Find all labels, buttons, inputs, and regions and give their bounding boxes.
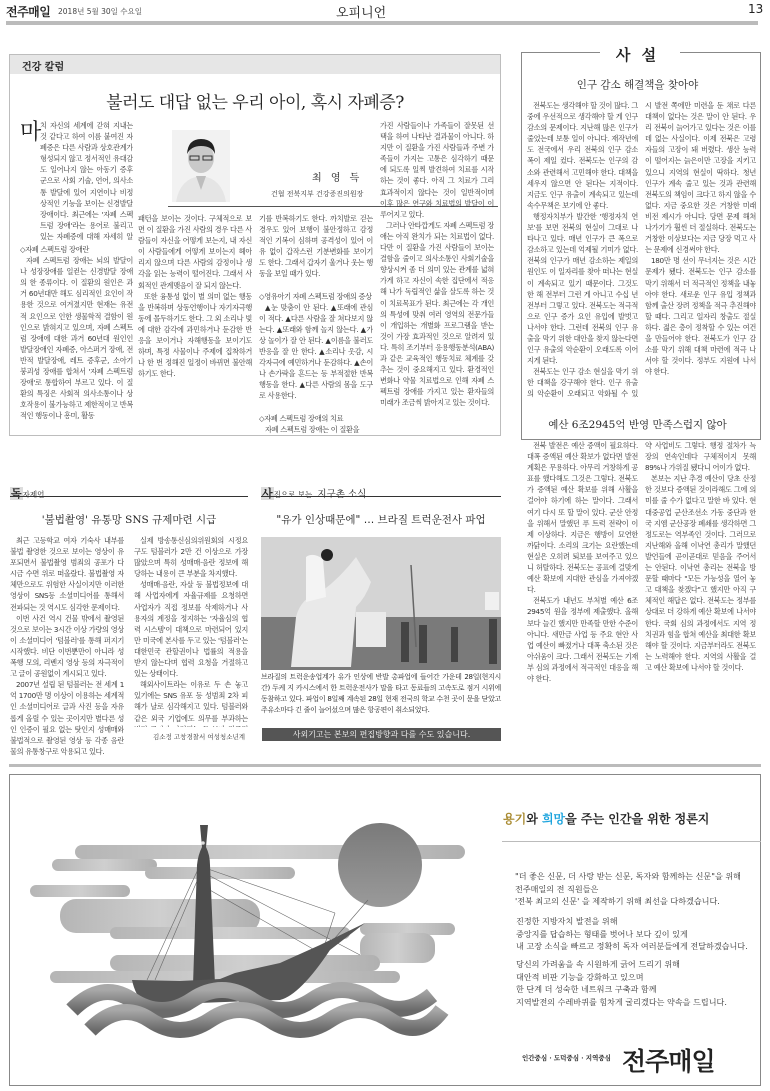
editorial-title-1: 인구 감소 해결책을 찾아야	[505, 77, 770, 92]
health-col1-intro: 치 자신의 세계에 갇혀 지내는 것 같다고 하여 이름 붙여진 자폐증은 다른…	[20, 120, 133, 240]
section-label-2: 지구촌 소식	[317, 489, 366, 500]
paragraph: 해외사이트라는 이유로 두 손 놓고 있기에는 SNS 유포 등 성범죄 2차 …	[134, 679, 248, 727]
ad-line: 중앙지를 답습하는 형태를 벗어나 보다 깊이 있게	[516, 928, 766, 941]
reader-column-header: 독자제언	[10, 482, 44, 501]
paragraph: 약 사업비도 그렇다. 행정 절차가 늑장의 연속인데다 구체적이지 못해 89…	[645, 440, 756, 473]
ship-illustration	[30, 805, 470, 1070]
ad-motto: 인간중심 · 도덕중심 · 지역중심	[522, 1053, 611, 1062]
photo-news-rule	[261, 496, 501, 497]
ad-paragraph-3: 당신의 가려움을 속 시원하게 긁어 드리기 위해 대안적 비판 기능을 강화하…	[516, 958, 766, 1008]
section-label: 진으로 보는	[274, 490, 313, 499]
reader-col1: 최근 고등학교 여자 기숙사 내부를 불법 촬영한 것으로 보이는 영상이 유포…	[10, 535, 124, 760]
ad-line: '전북 최고의 신문' 을 제작하기 위해 최선을 다하겠습니다.	[515, 895, 765, 908]
issue-date: 2018년 5월 30일 수요일	[58, 6, 142, 17]
paragraph: 기를 반복하기도 한다. 까치발로 걷는 경우도 있어 보행이 불안정하고 감정…	[259, 213, 373, 280]
paragraph: ▲눈 맞춤이 안 된다. ▲또래에 관심이 적다. ▲다른 사람을 잘 쳐다보지…	[259, 302, 373, 402]
ad-line: "더 좋은 신문, 더 사랑 받는 신문, 독자와 함께하는 신문"을 위해	[515, 870, 765, 883]
paragraph: 자폐 스펙트럼 장애는 뇌의 발달이나 성장장애를 일컫는 신경발달 장애의 한…	[20, 255, 133, 421]
section-initial: 사	[261, 487, 274, 500]
reader-col2: 실제 방송통신심의위원회의 시정요구도 텀블러가 2만 건 이상으로 가장 많았…	[134, 535, 248, 727]
editorial-title-2: 예산 6조2945억 반영 만족스럽지 않아	[505, 417, 770, 432]
photo-news-header: 사진으로 보는 지구촌 소식	[261, 482, 366, 501]
photo-news-title: "유가 인상때문에" … 브라질 트럭운전사 파업	[261, 512, 501, 527]
health-column-title: 불러도 대답 없는 우리 아이, 혹시 자폐증?	[10, 88, 500, 113]
ad-line: 전주매일의 전 직원들은	[515, 883, 765, 896]
author-name: 최 영 득	[312, 169, 362, 184]
paragraph: 그러나 안타깝게도 자폐 스펙트럼 장애는 아직 완치가 되는 치료법이 없다.…	[380, 220, 494, 409]
paragraph: 전북 발전은 예산 증액이 필요하다. 대폭 증액된 예산 확보가 없다면 발전…	[527, 440, 638, 595]
slogan-hope: 희망	[542, 812, 565, 826]
section-initial: 독	[10, 487, 23, 500]
reader-column-title: '불법촬영' 유통망 SNS 규제마련 시급	[10, 512, 248, 527]
health-column-band	[10, 55, 500, 74]
ad-line: 내 고장 소식을 빠르고 정확히 독자 여러분들에게 전달하겠습니다.	[516, 940, 766, 953]
slogan-rule	[502, 841, 761, 842]
health-col4: 가진 사람들이나 가족들이 잘못된 선택을 하여 나타난 결과물이 아니다. 하…	[380, 120, 494, 435]
paragraph: 시 발전 쪽에만 미련을 둔 채로 다른 대책이 없다는 것은 말이 안 된다.…	[645, 100, 756, 255]
slogan-courage: 용기	[503, 812, 526, 826]
newspaper-logo: 전주매일	[622, 1042, 715, 1078]
paragraph: 가진 사람들이나 가족들이 잘못된 선택을 하여 나타난 결과물이 아니다. 하…	[380, 120, 494, 220]
reader-byline: 김소정 고창경찰서 여성청소년계	[153, 732, 245, 741]
editorial-header: 사 설	[505, 44, 770, 65]
paragraph: 또한 융통성 없이 별 의미 없는 행동을 반복하며 상동언행이나 자기자극행동…	[138, 291, 252, 380]
health-col2: 패턴을 보이는 것이다. 구체적으로 보면 이 질환을 가진 사람의 경우 다른…	[138, 213, 252, 435]
reader-column-rule	[10, 496, 248, 497]
editorial-2-col2: 약 사업비도 그렇다. 행정 절차가 늑장의 연속인데다 구체적이지 못해 89…	[645, 440, 756, 760]
ad-slogan: 용기와 희망을 주는 인간을 위한 정론지	[503, 810, 709, 827]
ad-line: 대안적 비판 기능을 강화하고 있으며	[516, 971, 766, 984]
subheading: ◇영유아기 자폐 스펙트럼 장애의 증상	[259, 291, 373, 302]
paragraph: 전북도가 내년도 부처별 예산 6조 2945억 원을 정부에 제출했다. 올해…	[527, 595, 638, 684]
ad-paragraph-1: "더 좋은 신문, 더 사랑 받는 신문, 독자와 함께하는 신문"을 위해 전…	[515, 870, 765, 908]
paragraph: 180만 명 선이 무너지는 것은 시간 문제가 됐다. 전북도는 인구 감소를…	[645, 255, 756, 377]
editorial-2-col1: 전북 발전은 예산 증액이 필요하다. 대폭 증액된 예산 확보가 없다면 발전…	[527, 440, 638, 760]
section-divider	[9, 764, 761, 767]
subheading: ◇자폐 스펙트럼 장애의 치료	[259, 413, 373, 424]
author-title: 건협 전북지부 건강증진의원장	[271, 189, 363, 199]
paragraph: 실제 방송통신심의위원회의 시정요구도 텀블러가 2만 건 이상으로 가장 많았…	[134, 535, 248, 579]
paragraph: 본보는 지난 추경 예산이 당초 산정한 것보다 증액된 것이라해도 그에 의미…	[645, 473, 756, 673]
section-title: 오피니언	[336, 2, 386, 21]
section-label: 자제언	[23, 490, 45, 499]
slogan-text: 와	[526, 812, 542, 826]
author-photo	[172, 130, 230, 202]
ad-line: 진정한 지방자치 발전을 위해	[516, 915, 766, 928]
header-rule	[6, 21, 758, 25]
slogan-text: 을 주는 인간을 위한 정론지	[565, 812, 709, 826]
paragraph: 이번 사건 역시 건물 밖에서 촬영된 것으로 보이는 3시간 이상 가량의 영…	[10, 613, 124, 680]
news-photo	[261, 537, 501, 670]
paragraph: 행정자치부가 발간한 '행정자치 연보'를 보면 전북의 현실이 그대로 나타나…	[527, 211, 638, 366]
ad-line: 당신의 가려움을 속 시원하게 긁어 드리기 위해	[516, 958, 766, 971]
photo-caption: 브라질의 트럭운송업계가 유가 인상에 반발 총파업에 들어간 가운데 28일(…	[261, 672, 501, 716]
paragraph: 성매매·음란, 자살 등 불법정보에 대해 사업자에게 자율규제를 요청하면 사…	[134, 579, 248, 679]
editorial-1-col2: 시 발전 쪽에만 미련을 둔 채로 다른 대책이 없다는 것은 말이 안 된다.…	[645, 100, 756, 400]
ad-line: 한 단계 더 성숙한 네트워크 구축과 함께	[516, 983, 766, 996]
health-col1: ◇자폐 스펙트럼 장애란 자폐 스펙트럼 장애는 뇌의 발달이나 성장장애를 일…	[20, 244, 133, 436]
editorial-1-col1: 전북도는 생각해야 할 것이 많다. 그 중에 우선적으로 생각해야 할 게 인…	[527, 100, 638, 400]
paragraph: 패턴을 보이는 것이다. 구체적으로 보면 이 질환을 가진 사람의 경우 다른…	[138, 213, 252, 291]
paragraph: 최근 고등학교 여자 기숙사 내부를 불법 촬영한 것으로 보이는 영상이 유포…	[10, 535, 124, 613]
subheading: ◇자폐 스펙트럼 장애란	[20, 244, 133, 255]
paragraph: 자폐 스펙트럼 장애는 이 질환을	[259, 424, 373, 435]
disclaimer-banner: 사외기고는 본보의 편집방향과 다를 수도 있습니다.	[262, 728, 501, 741]
paragraph: 치 자신의 세계에 갇혀 지내는 것 같다고 하여 이름 붙여진 자폐증은 다른…	[20, 120, 133, 240]
health-col3: 기를 반복하기도 한다. 까치발로 걷는 경우도 있어 보행이 불안정하고 감정…	[259, 213, 373, 435]
health-column-label: 건강 칼럼	[22, 58, 64, 73]
paper-name: 전주매일	[6, 3, 50, 20]
paragraph: 전북도는 인구 감소 현실을 막기 위한 대책을 강구해야 한다. 인구 유출의…	[527, 366, 638, 400]
ad-line: 지역발전의 수레바퀴를 힘차게 굴리겠다는 약속을 드립니다.	[516, 996, 766, 1009]
page-number: 13	[748, 2, 763, 16]
paragraph: 전북도는 생각해야 할 것이 많다. 그 중에 우선적으로 생각해야 할 게 인…	[527, 100, 638, 211]
paragraph: 2007년 설립 된 텀블러는 전 세계 1억 1700만 명 이상이 이용하는…	[10, 679, 124, 757]
ad-paragraph-2: 진정한 지방자치 발전을 위해 중앙지를 답습하는 형태를 벗어나 보다 깊이 …	[516, 915, 766, 953]
